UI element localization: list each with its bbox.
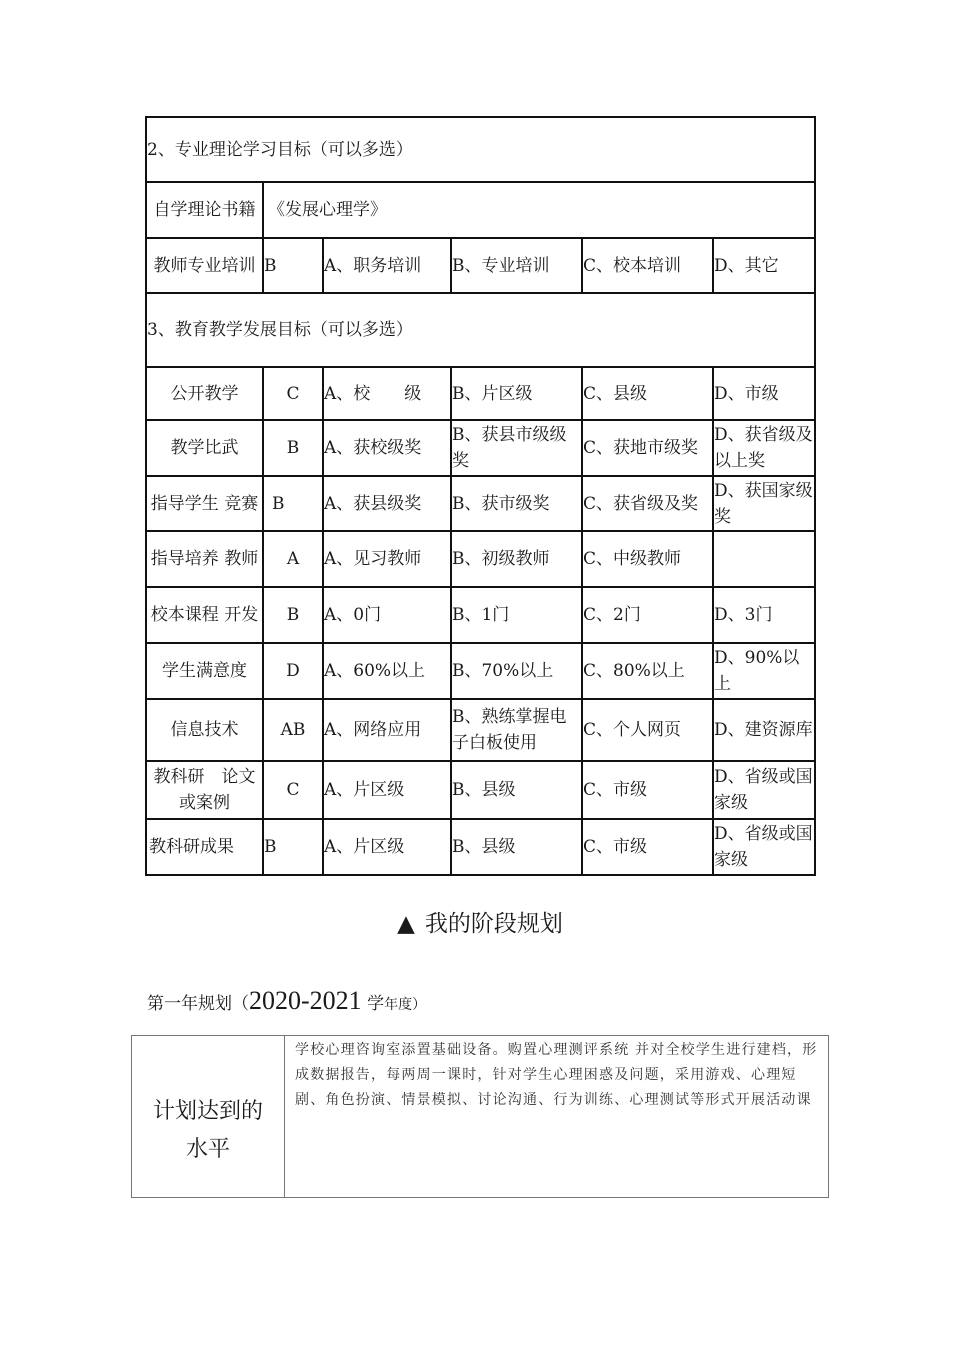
- row-label: 教科研 论文或案例: [146, 761, 263, 819]
- option-c: C、市级: [582, 761, 713, 819]
- option-b: B、1门: [451, 587, 582, 643]
- table-row: 教科研成果 B A、片区级 B、县级 C、市级 D、省级或国家级: [146, 819, 815, 875]
- row-label: 自学理论书籍: [146, 182, 263, 238]
- year-plan-prefix: 第一年规划（: [147, 994, 249, 1014]
- option-d: D、获国家级奖: [713, 476, 815, 531]
- option-c: C、县级: [582, 367, 713, 420]
- option-b: B、获市级奖: [451, 476, 582, 531]
- option-d: D、3门: [713, 587, 815, 643]
- option-b: B、70%以上: [451, 643, 582, 699]
- row-label: 教学比武: [146, 420, 263, 476]
- option-c: C、80%以上: [582, 643, 713, 699]
- year-plan-suffix: 学: [362, 994, 384, 1014]
- book-value: 《发展心理学》: [263, 182, 815, 238]
- selected-answer: B: [263, 420, 323, 476]
- table-row: 指导培养 教师 A A、见习教师 B、初级教师 C、中级教师: [146, 531, 815, 587]
- option-b: B、初级教师: [451, 531, 582, 587]
- table-row: 教学比武 B A、获校级奖 B、获县市级级奖 C、获地市级奖 D、获省级及以上奖: [146, 420, 815, 476]
- option-a: A、0门: [323, 587, 451, 643]
- row-label: 教师专业培训: [146, 238, 263, 293]
- selected-answer: B: [263, 819, 323, 875]
- option-b: B、县级: [451, 761, 582, 819]
- option-b: B、专业培训: [451, 238, 582, 293]
- table-row: 指导学生 竞赛 B A、获县级奖 B、获市级奖 C、获省级及奖 D、获国家级奖: [146, 476, 815, 531]
- table-row: 学生满意度 D A、60%以上 B、70%以上 C、80%以上 D、90%以上: [146, 643, 815, 699]
- option-d: D、市级: [713, 367, 815, 420]
- option-c: C、个人网页: [582, 699, 713, 761]
- triangle-icon: ▲: [397, 911, 415, 937]
- selected-answer: D: [263, 643, 323, 699]
- option-d: D、获省级及以上奖: [713, 420, 815, 476]
- option-c: C、获地市级奖: [582, 420, 713, 476]
- row-label: 教科研成果: [146, 819, 263, 875]
- table-row: 公开教学 C A、校 级 B、片区级 C、县级 D、市级: [146, 367, 815, 420]
- row-label: 校本课程 开发: [146, 587, 263, 643]
- year-plan-suffix-small: 年度）: [384, 997, 426, 1013]
- selected-answer: A: [263, 531, 323, 587]
- selected-answer: C: [263, 761, 323, 819]
- selected-answer: B: [263, 587, 323, 643]
- table-row: 教科研 论文或案例 C A、片区级 B、县级 C、市级 D、省级或国家级: [146, 761, 815, 819]
- option-c: C、获省级及奖: [582, 476, 713, 531]
- table-row: 教师专业培训 B A、职务培训 B、专业培训 C、校本培训 D、其它: [146, 238, 815, 293]
- stage-planning-heading: ▲我的阶段规划: [0, 905, 960, 938]
- option-a: A、校 级: [323, 367, 451, 420]
- option-d: D、建资源库: [713, 699, 815, 761]
- option-a: A、获校级奖: [323, 420, 451, 476]
- year-plan-table: 计划达到的水平 学校心理咨询室添置基础设备。购置心理测评系统 并对全校学生进行建…: [131, 1035, 829, 1198]
- section2-header-row: 2、专业理论学习目标（可以多选）: [146, 117, 815, 182]
- option-d: D、其它: [713, 238, 815, 293]
- year-range: 2020-2021: [249, 986, 362, 1015]
- selected-answer: AB: [263, 699, 323, 761]
- selected-answer: C: [263, 367, 323, 420]
- option-b: B、县级: [451, 819, 582, 875]
- heading-text: 我的阶段规划: [425, 911, 563, 937]
- table-row: 校本课程 开发 B A、0门 B、1门 C、2门 D、3门: [146, 587, 815, 643]
- option-d: D、90%以上: [713, 643, 815, 699]
- row-label: 指导培养 教师: [146, 531, 263, 587]
- option-a: A、网络应用: [323, 699, 451, 761]
- option-b: B、熟练掌握电子白板使用: [451, 699, 582, 761]
- plan-level-content: 学校心理咨询室添置基础设备。购置心理测评系统 并对全校学生进行建档，形成数据报告…: [285, 1036, 829, 1198]
- section3-header-row: 3、教育教学发展目标（可以多选）: [146, 293, 815, 367]
- option-b: B、片区级: [451, 367, 582, 420]
- option-a: A、职务培训: [323, 238, 451, 293]
- option-c: C、2门: [582, 587, 713, 643]
- option-c: C、校本培训: [582, 238, 713, 293]
- selected-answer: B: [263, 238, 323, 293]
- option-c: C、中级教师: [582, 531, 713, 587]
- section3-title: 3、教育教学发展目标（可以多选）: [146, 293, 815, 367]
- section2-title: 2、专业理论学习目标（可以多选）: [146, 117, 815, 182]
- option-b: B、获县市级级奖: [451, 420, 582, 476]
- option-c: C、市级: [582, 819, 713, 875]
- option-d: D、省级或国家级: [713, 819, 815, 875]
- table-row: 自学理论书籍 《发展心理学》: [146, 182, 815, 238]
- plan-level-label-text: 计划达到的水平: [153, 1093, 263, 1169]
- plan-level-label: 计划达到的水平: [132, 1036, 285, 1198]
- option-a: A、片区级: [323, 819, 451, 875]
- option-d: D、省级或国家级: [713, 761, 815, 819]
- row-label: 信息技术: [146, 699, 263, 761]
- goals-table: 2、专业理论学习目标（可以多选） 自学理论书籍 《发展心理学》 教师专业培训 B…: [145, 116, 816, 876]
- option-a: A、60%以上: [323, 643, 451, 699]
- option-a: A、获县级奖: [323, 476, 451, 531]
- selected-answer: B: [263, 476, 323, 531]
- option-d: [713, 531, 815, 587]
- year-plan-title: 第一年规划（2020-2021 学年度）: [147, 986, 426, 1016]
- option-a: A、片区级: [323, 761, 451, 819]
- option-a: A、见习教师: [323, 531, 451, 587]
- table-row: 信息技术 AB A、网络应用 B、熟练掌握电子白板使用 C、个人网页 D、建资源…: [146, 699, 815, 761]
- row-label: 公开教学: [146, 367, 263, 420]
- row-label: 学生满意度: [146, 643, 263, 699]
- row-label: 指导学生 竞赛: [146, 476, 263, 531]
